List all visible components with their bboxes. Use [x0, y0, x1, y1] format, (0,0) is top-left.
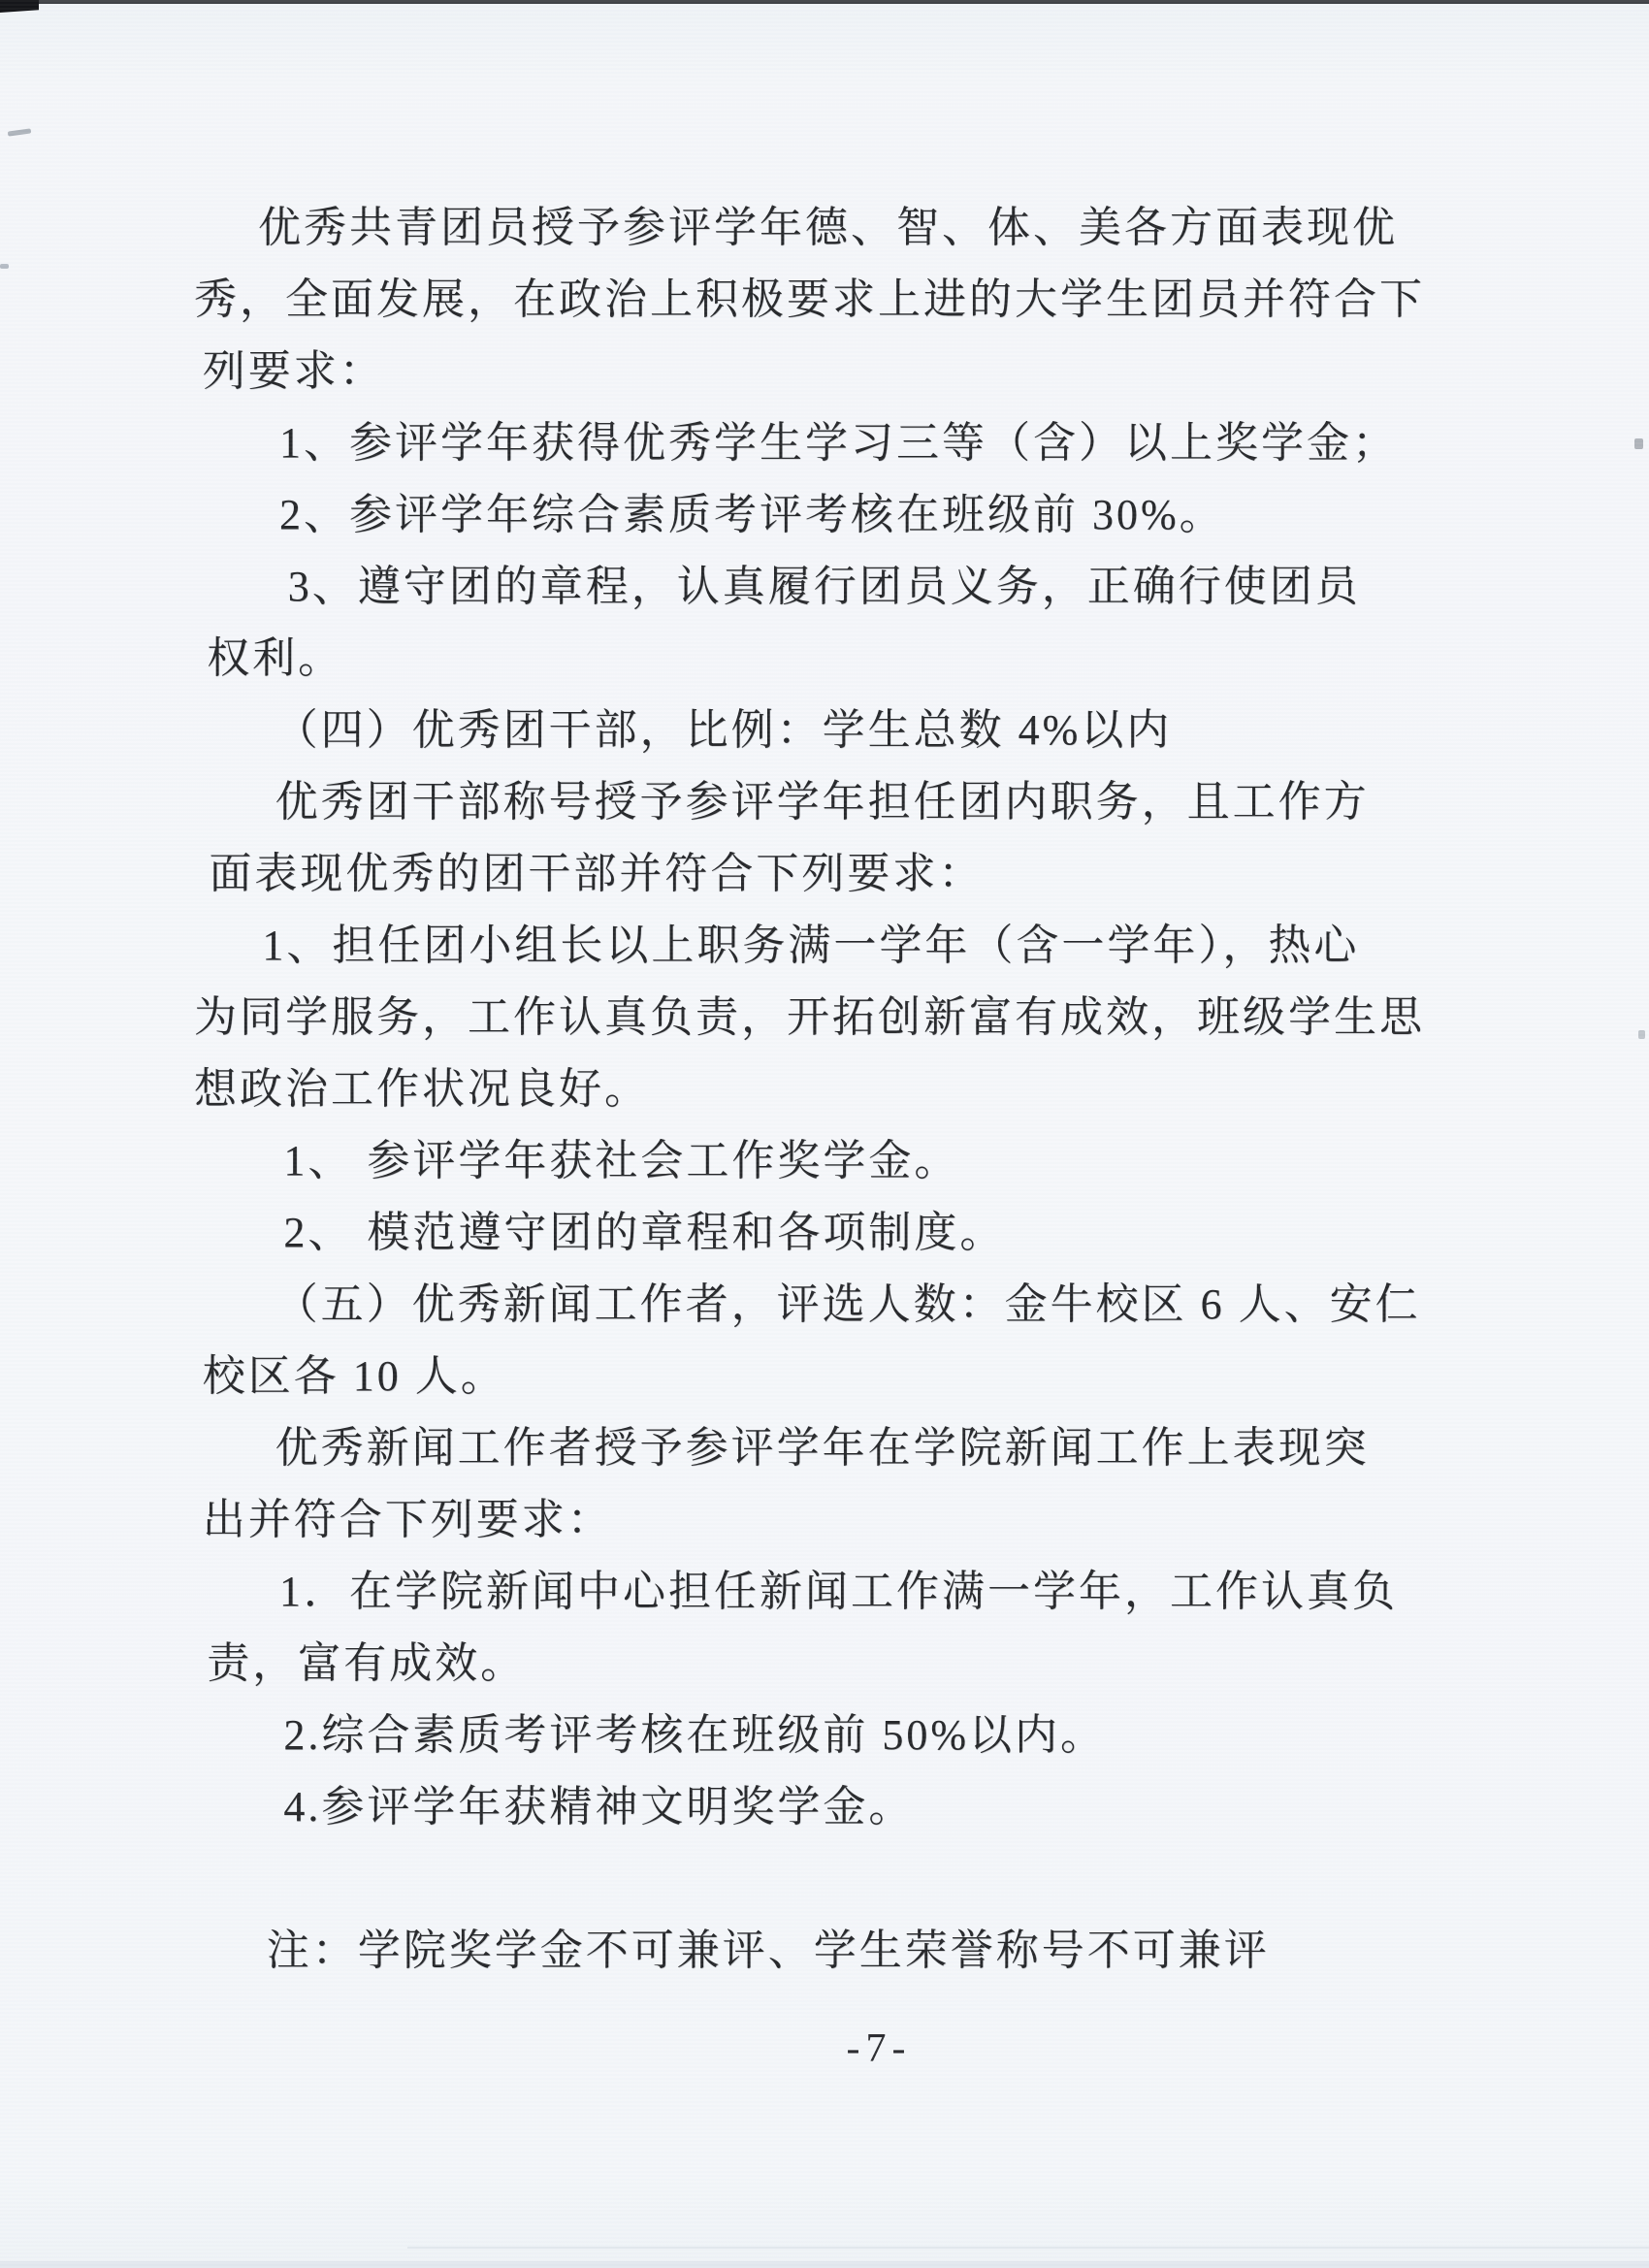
- text-line: 2、 模范遵守团的章程和各项制度。: [194, 1197, 1465, 1269]
- text-line: 想政治工作状况良好。: [194, 1053, 1465, 1125]
- text-line: 优秀新闻工作者授予参评学年在学院新闻工作上表现突: [194, 1412, 1465, 1484]
- blank-line: [194, 1843, 1465, 1915]
- text-line: 出并符合下列要求：: [194, 1484, 1465, 1556]
- page-number: -7-: [0, 2025, 1649, 2072]
- text-line: 1、担任团小组长以上职务满一学年（含一学年），热心: [194, 910, 1465, 982]
- scan-artifact-pencil-dash: [8, 128, 31, 136]
- text-line: 为同学服务，工作认真负责，开拓创新富有成效，班级学生思: [194, 982, 1465, 1053]
- scan-artifact-right-edge-2: [1638, 1030, 1645, 1039]
- scanner-edge-top: [0, 0, 1649, 4]
- scanner-edge-bottom-line: [407, 2247, 1649, 2249]
- text-line: 1．在学院新闻中心担任新闻工作满一学年，工作认真负: [194, 1556, 1465, 1628]
- text-line: 3、遵守团的章程，认真履行团员义务，正确行使团员: [194, 551, 1465, 623]
- text-line: 4.参评学年获精神文明奖学金。: [194, 1771, 1465, 1843]
- text-line: 面表现优秀的团干部并符合下列要求：: [194, 838, 1465, 910]
- text-line: 权利。: [194, 623, 1465, 695]
- text-line: 秀，全面发展，在政治上积极要求上进的大学生团员并符合下: [194, 264, 1465, 336]
- text-line: 校区各 10 人。: [194, 1341, 1465, 1412]
- text-line: 1、 参评学年获社会工作奖学金。: [194, 1125, 1465, 1197]
- text-line: 2.综合素质考评考核在班级前 50%以内。: [194, 1700, 1465, 1771]
- scan-artifact-top-left: [0, 0, 39, 13]
- scan-artifact-right-edge-1: [1634, 438, 1643, 449]
- scanned-document-page: 优秀共青团员授予参评学年德、智、体、美各方面表现优秀，全面发展，在政治上积极要求…: [0, 0, 1649, 2268]
- text-line: 优秀共青团员授予参评学年德、智、体、美各方面表现优: [194, 192, 1465, 264]
- scanner-edge-bottom: [0, 2261, 1649, 2268]
- document-lines: 优秀共青团员授予参评学年德、智、体、美各方面表现优秀，全面发展，在政治上积极要求…: [194, 192, 1465, 1987]
- text-line: 2、参评学年综合素质考评考核在班级前 30%。: [194, 479, 1465, 551]
- text-line: 1、参评学年获得优秀学生学习三等（含）以上奖学金；: [194, 407, 1465, 479]
- text-line: （五）优秀新闻工作者，评选人数：金牛校区 6 人、安仁: [194, 1269, 1465, 1341]
- text-line: （四）优秀团干部，比例：学生总数 4%以内: [194, 695, 1465, 766]
- text-line: 注：学院奖学金不可兼评、学生荣誉称号不可兼评: [194, 1915, 1465, 1987]
- scan-artifact-left-edge: [0, 264, 9, 269]
- text-line: 优秀团干部称号授予参评学年担任团内职务，且工作方: [194, 766, 1465, 838]
- text-line: 列要求：: [194, 336, 1465, 407]
- text-line: 责，富有成效。: [194, 1628, 1465, 1700]
